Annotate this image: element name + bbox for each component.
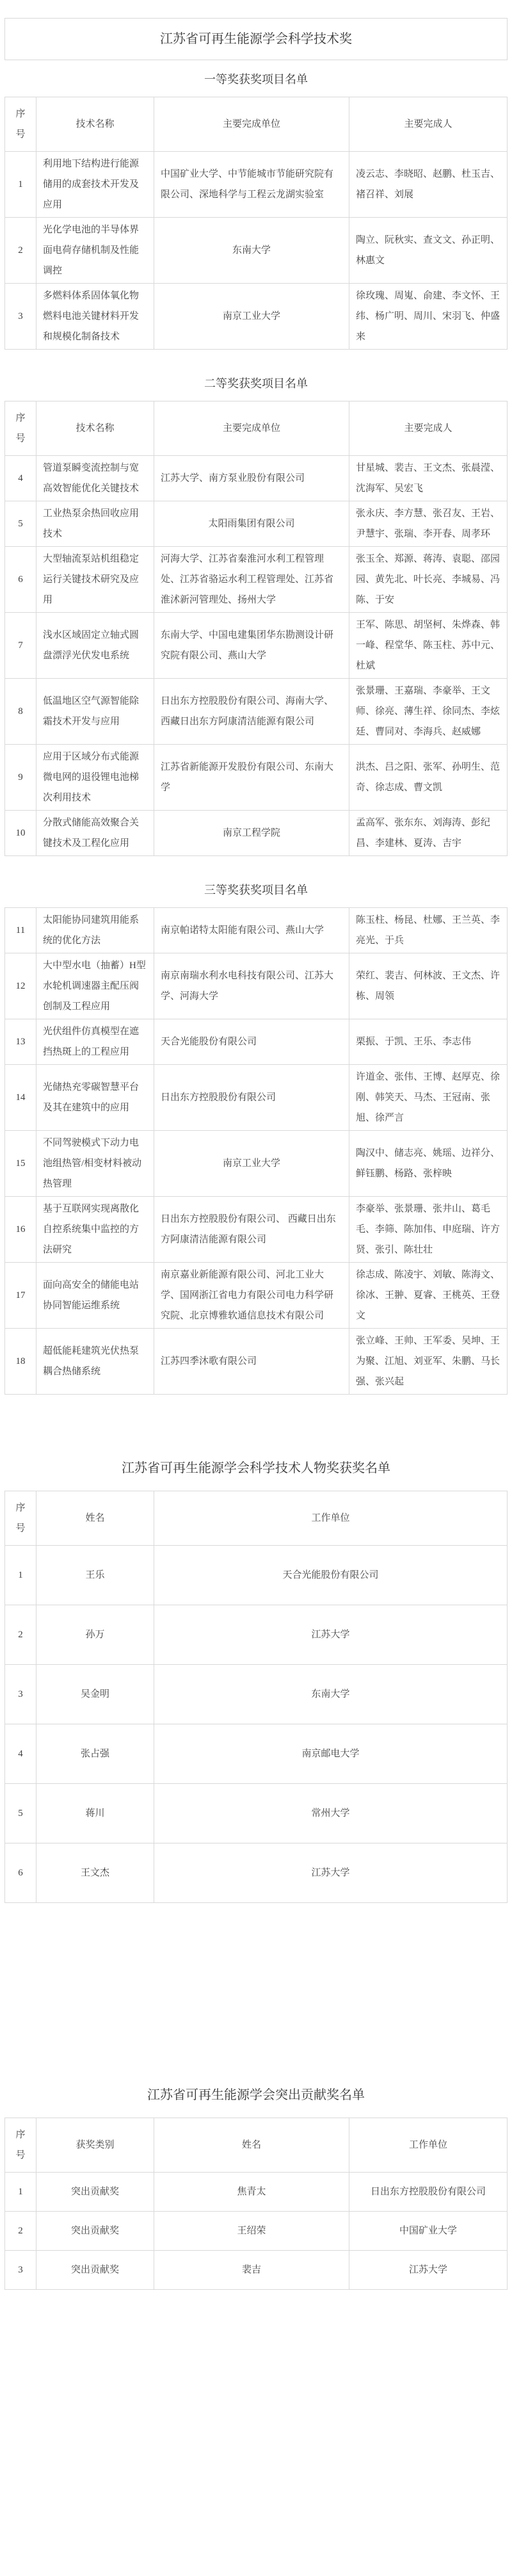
- people-award-table: 序号 姓名 工作单位 1 王乐 天合光能股份有限公司 2 孙万 江苏大学 3 吴…: [4, 1491, 508, 1903]
- cell-person-name: 张占强: [36, 1724, 154, 1784]
- cell-tech-name: 浅水区域固定立轴式圆盘漂浮光伏发电系统: [36, 613, 154, 679]
- cell-main-people: 栗振、于凯、王乐、李志伟: [349, 1019, 508, 1065]
- cell-seq: 9: [5, 745, 36, 811]
- cell-main-unit: 天合光能股份有限公司: [154, 1019, 349, 1065]
- first-prize-table: 序号 技术名称 主要完成单位 主要完成人 1 利用地下结构进行能源储用的成套技术…: [4, 97, 508, 350]
- cell-tech-name: 太阳能协同建筑用能系统的优化方法: [36, 908, 154, 953]
- table-header-row: 序号 姓名 工作单位: [5, 1491, 508, 1546]
- table-row: 17 面向高安全的储能电站协同智能运维系统 南京嘉业新能源有限公司、河北工业大学…: [5, 1263, 508, 1329]
- cell-main-people: 李豪举、张景珊、张井山、葛毛毛、李筛、陈加伟、申庭瑞、许方贤、张引、陈壮壮: [349, 1197, 508, 1263]
- cell-seq: 1: [5, 152, 36, 218]
- cell-main-unit: 江苏四季沐歌有限公司: [154, 1329, 349, 1395]
- cell-tech-name: 多燃料体系固体氧化物燃料电池关键材料开发和规模化制备技术: [36, 284, 154, 350]
- column-header-names: 主要完成人: [349, 97, 508, 152]
- cell-main-unit: 日出东方控股股份有限公司、 西藏日出东方阿康清洁能源有限公司: [154, 1197, 349, 1263]
- cell-person-name: 王乐: [36, 1546, 154, 1605]
- column-header-seq: 序号: [5, 97, 36, 152]
- column-header-tech: 技术名称: [36, 401, 154, 456]
- column-header-unit: 工作单位: [349, 2118, 508, 2173]
- contribution-award-table: 序号 获奖类别 姓名 工作单位 1 突出贡献奖 焦青太 日出东方控股股份有限公司…: [4, 2118, 508, 2290]
- column-header-seq: 序号: [5, 401, 36, 456]
- cell-tech-name: 低温地区空气源智能除霜技术开发与应用: [36, 679, 154, 745]
- cell-seq: 2: [5, 218, 36, 284]
- cell-seq: 7: [5, 613, 36, 679]
- cell-person-name: 孙万: [36, 1605, 154, 1665]
- cell-main-people: 张玉全、郑源、蒋涛、袁聪、邵园园、黄先北、叶长亮、李城易、冯陈、于安: [349, 547, 508, 613]
- cell-main-unit: 南京南瑞水利水电科技有限公司、江苏大学、河海大学: [154, 953, 349, 1019]
- table-row: 7 浅水区域固定立轴式圆盘漂浮光伏发电系统 东南大学、中国电建集团华东勘测设计研…: [5, 613, 508, 679]
- table-row: 6 王文杰 江苏大学: [5, 1843, 508, 1903]
- second-prize-table-body: 4 管道泵瞬变流控制与宽高效智能优化关键技术 江苏大学、南方泵业股份有限公司 甘…: [5, 456, 508, 856]
- cell-main-people: 陶汉中、储志亮、姚瑶、边祥分、鲜钰鹏、杨路、张梓映: [349, 1131, 508, 1197]
- cell-main-people: 张永庆、李方慧、张召友、王岩、尹慧宇、张瑞、李开春、周孝环: [349, 501, 508, 547]
- cell-seq: 15: [5, 1131, 36, 1197]
- column-header-seq: 序号: [5, 1491, 36, 1546]
- column-header-seq: 序号: [5, 2118, 36, 2173]
- cell-seq: 2: [5, 2212, 36, 2251]
- cell-main-people: 许道金、张伟、王博、赵厚克、徐刚、韩笑天、马杰、王冠南、张旭、徐严言: [349, 1065, 508, 1131]
- table-row: 2 光化学电池的半导体界面电荷存储机制及性能调控 东南大学 陶立、阮秋实、查文文…: [5, 218, 508, 284]
- cell-tech-name: 超低能耗建筑光伏热泵耦合热储系统: [36, 1329, 154, 1395]
- cell-main-people: 徐志成、陈凌宇、刘敏、陈海文、徐冰、王翀、夏睿、王桃英、王登文: [349, 1263, 508, 1329]
- table-row: 4 张占强 南京邮电大学: [5, 1724, 508, 1784]
- third-prize-table: 11 太阳能协同建筑用能系统的优化方法 南京帕诺特太阳能有限公司、燕山大学 陈玉…: [4, 907, 508, 1395]
- cell-main-people: 甘星城、裴吉、王文杰、张晨滢、沈海军、吴宏飞: [349, 456, 508, 501]
- cell-main-unit: 太阳雨集团有限公司: [154, 501, 349, 547]
- cell-tech-name: 利用地下结构进行能源储用的成套技术开发及应用: [36, 152, 154, 218]
- table-header-row: 序号 技术名称 主要完成单位 主要完成人: [5, 401, 508, 456]
- cell-main-unit: 东南大学: [154, 218, 349, 284]
- table-row: 8 低温地区空气源智能除霜技术开发与应用 日出东方控股股份有限公司、海南大学、西…: [5, 679, 508, 745]
- cell-seq: 6: [5, 547, 36, 613]
- contribution-award-title: 江苏省可再生能源学会突出贡献奖名单: [4, 2086, 508, 2105]
- section-heading-third-prize: 三等奖获奖项目名单: [4, 880, 508, 900]
- cell-main-unit: 日出东方控股股份有限公司、海南大学、西藏日出东方阿康清洁能源有限公司: [154, 679, 349, 745]
- table-row: 2 突出贡献奖 王绍荣 中国矿业大学: [5, 2212, 508, 2251]
- column-header-unit: 工作单位: [154, 1491, 508, 1546]
- column-header-name: 姓名: [36, 1491, 154, 1546]
- cell-seq: 11: [5, 908, 36, 953]
- cell-seq: 14: [5, 1065, 36, 1131]
- cell-person-name: 吴金明: [36, 1665, 154, 1724]
- cell-seq: 13: [5, 1019, 36, 1065]
- table-row: 5 工业热泵余热回收应用技术 太阳雨集团有限公司 张永庆、李方慧、张召友、王岩、…: [5, 501, 508, 547]
- table-row: 12 大中型水电（抽蓄）H型水轮机调速器主配压阀创制及工程应用 南京南瑞水利水电…: [5, 953, 508, 1019]
- cell-tech-name: 管道泵瞬变流控制与宽高效智能优化关键技术: [36, 456, 154, 501]
- cell-seq: 1: [5, 2173, 36, 2212]
- table-row: 18 超低能耗建筑光伏热泵耦合热储系统 江苏四季沐歌有限公司 张立峰、王帅、王军…: [5, 1329, 508, 1395]
- cell-main-unit: 中国矿业大学、中节能城市节能研究院有限公司、深地科学与工程云龙湖实验室: [154, 152, 349, 218]
- table-row: 1 利用地下结构进行能源储用的成套技术开发及应用 中国矿业大学、中节能城市节能研…: [5, 152, 508, 218]
- cell-main-people: 王军、陈思、胡坚柯、朱烨森、韩一峰、程堂华、陈玉柱、苏中元、杜斌: [349, 613, 508, 679]
- cell-seq: 12: [5, 953, 36, 1019]
- cell-seq: 17: [5, 1263, 36, 1329]
- cell-seq: 16: [5, 1197, 36, 1263]
- second-prize-table: 序号 技术名称 主要完成单位 主要完成人 4 管道泵瞬变流控制与宽高效智能优化关…: [4, 401, 508, 856]
- cell-main-people: 张立峰、王帅、王军委、吴坤、王为聚、江旭、刘亚军、朱鹏、马长强、张兴起: [349, 1329, 508, 1395]
- cell-main-people: 陈玉柱、杨昆、杜娜、王兰英、李亮光、于兵: [349, 908, 508, 953]
- table-row: 2 孙万 江苏大学: [5, 1605, 508, 1665]
- cell-main-people: 洪杰、吕之阳、张军、孙明生、范奇、徐志成、曹文凯: [349, 745, 508, 811]
- people-award-table-body: 1 王乐 天合光能股份有限公司 2 孙万 江苏大学 3 吴金明 东南大学 4 张…: [5, 1546, 508, 1903]
- cell-tech-name: 工业热泵余热回收应用技术: [36, 501, 154, 547]
- cell-seq: 3: [5, 284, 36, 350]
- cell-main-unit: 南京嘉业新能源有限公司、河北工业大学、国网浙江省电力有限公司电力科学研究院、北京…: [154, 1263, 349, 1329]
- cell-main-unit: 江苏省新能源开发股份有限公司、东南大学: [154, 745, 349, 811]
- cell-seq: 6: [5, 1843, 36, 1903]
- table-row: 3 多燃料体系固体氧化物燃料电池关键材料开发和规模化制备技术 南京工业大学 徐玫…: [5, 284, 508, 350]
- cell-seq: 5: [5, 501, 36, 547]
- cell-award-category: 突出贡献奖: [36, 2251, 154, 2290]
- cell-main-unit: 南京工业大学: [154, 1131, 349, 1197]
- cell-seq: 3: [5, 2251, 36, 2290]
- cell-tech-name: 光化学电池的半导体界面电荷存储机制及性能调控: [36, 218, 154, 284]
- table-row: 10 分散式储能高效聚合关键技术及工程化应用 南京工程学院 孟高军、张东东、刘海…: [5, 811, 508, 856]
- cell-person-name: 焦青太: [154, 2173, 349, 2212]
- table-row: 6 大型轴流泵站机组稳定运行关键技术研究及应用 河海大学、江苏省秦淮河水利工程管…: [5, 547, 508, 613]
- column-header-name: 姓名: [154, 2118, 349, 2173]
- cell-person-name: 蒋川: [36, 1784, 154, 1843]
- cell-tech-name: 面向高安全的储能电站协同智能运维系统: [36, 1263, 154, 1329]
- people-award-title: 江苏省可再生能源学会科学技术人物奖获奖名单: [4, 1459, 508, 1478]
- cell-tech-name: 大中型水电（抽蓄）H型水轮机调速器主配压阀创制及工程应用: [36, 953, 154, 1019]
- cell-main-unit: 河海大学、江苏省秦淮河水利工程管理处、江苏省骆运水利工程管理处、江苏省淮沭新河管…: [154, 547, 349, 613]
- cell-work-unit: 东南大学: [154, 1665, 508, 1724]
- table-row: 15 不同驾驶模式下动力电池组热管/相变材料被动热管理 南京工业大学 陶汉中、储…: [5, 1131, 508, 1197]
- cell-main-people: 荣红、裴吉、何林波、王文杰、许栋、周领: [349, 953, 508, 1019]
- table-row: 1 突出贡献奖 焦青太 日出东方控股股份有限公司: [5, 2173, 508, 2212]
- table-row: 3 吴金明 东南大学: [5, 1665, 508, 1724]
- cell-tech-name: 不同驾驶模式下动力电池组热管/相变材料被动热管理: [36, 1131, 154, 1197]
- cell-work-unit: 江苏大学: [349, 2251, 508, 2290]
- cell-main-people: 陶立、阮秋实、查文文、孙正明、林惠文: [349, 218, 508, 284]
- cell-seq: 18: [5, 1329, 36, 1395]
- cell-award-category: 突出贡献奖: [36, 2173, 154, 2212]
- cell-person-name: 裴吉: [154, 2251, 349, 2290]
- contribution-award-table-body: 1 突出贡献奖 焦青太 日出东方控股股份有限公司 2 突出贡献奖 王绍荣 中国矿…: [5, 2173, 508, 2290]
- cell-main-unit: 南京工程学院: [154, 811, 349, 856]
- table-row: 11 太阳能协同建筑用能系统的优化方法 南京帕诺特太阳能有限公司、燕山大学 陈玉…: [5, 908, 508, 953]
- table-row: 9 应用于区域分布式能源微电网的退役锂电池梯次利用技术 江苏省新能源开发股份有限…: [5, 745, 508, 811]
- table-row: 16 基于互联网实现离散化自控系统集中监控的方法研究 日出东方控股股份有限公司、…: [5, 1197, 508, 1263]
- cell-main-unit: 日出东方控股股份有限公司: [154, 1065, 349, 1131]
- table-row: 5 蒋川 常州大学: [5, 1784, 508, 1843]
- cell-work-unit: 江苏大学: [154, 1605, 508, 1665]
- cell-work-unit: 中国矿业大学: [349, 2212, 508, 2251]
- document-page: 江苏省可再生能源学会科学技术奖 一等奖获奖项目名单 序号 技术名称 主要完成单位…: [0, 0, 512, 2292]
- cell-main-people: 孟高军、张东东、刘海涛、彭纪昌、李建林、夏涛、吉宇: [349, 811, 508, 856]
- cell-main-people: 张景珊、王嘉瑞、李豪举、王文师、徐亮、薄生祥、徐同杰、李炫廷、曹同对、李海兵、赵…: [349, 679, 508, 745]
- column-header-names: 主要完成人: [349, 401, 508, 456]
- table-row: 4 管道泵瞬变流控制与宽高效智能优化关键技术 江苏大学、南方泵业股份有限公司 甘…: [5, 456, 508, 501]
- cell-seq: 3: [5, 1665, 36, 1724]
- cell-tech-name: 分散式储能高效聚合关键技术及工程化应用: [36, 811, 154, 856]
- cell-tech-name: 大型轴流泵站机组稳定运行关键技术研究及应用: [36, 547, 154, 613]
- cell-work-unit: 常州大学: [154, 1784, 508, 1843]
- cell-seq: 8: [5, 679, 36, 745]
- cell-seq: 2: [5, 1605, 36, 1665]
- cell-person-name: 王文杰: [36, 1843, 154, 1903]
- section-heading-second-prize: 二等奖获奖项目名单: [4, 374, 508, 393]
- cell-work-unit: 江苏大学: [154, 1843, 508, 1903]
- cell-tech-name: 光伏组件仿真模型在遮挡热斑上的工程应用: [36, 1019, 154, 1065]
- cell-work-unit: 南京邮电大学: [154, 1724, 508, 1784]
- cell-main-people: 凌云志、李晓昭、赵鹏、杜玉吉、褚召祥、刘展: [349, 152, 508, 218]
- table-row: 13 光伏组件仿真模型在遮挡热斑上的工程应用 天合光能股份有限公司 栗振、于凯、…: [5, 1019, 508, 1065]
- page-title: 江苏省可再生能源学会科学技术奖: [5, 29, 507, 49]
- third-prize-table-body: 11 太阳能协同建筑用能系统的优化方法 南京帕诺特太阳能有限公司、燕山大学 陈玉…: [5, 908, 508, 1395]
- cell-tech-name: 光储热充零碳智慧平台及其在建筑中的应用: [36, 1065, 154, 1131]
- first-prize-table-body: 1 利用地下结构进行能源储用的成套技术开发及应用 中国矿业大学、中节能城市节能研…: [5, 152, 508, 350]
- cell-work-unit: 天合光能股份有限公司: [154, 1546, 508, 1605]
- cell-person-name: 王绍荣: [154, 2212, 349, 2251]
- table-header-row: 序号 获奖类别 姓名 工作单位: [5, 2118, 508, 2173]
- cell-seq: 4: [5, 1724, 36, 1784]
- cell-tech-name: 基于互联网实现离散化自控系统集中监控的方法研究: [36, 1197, 154, 1263]
- cell-work-unit: 日出东方控股股份有限公司: [349, 2173, 508, 2212]
- section-heading-first-prize: 一等奖获奖项目名单: [4, 70, 508, 89]
- cell-main-unit: 江苏大学、南方泵业股份有限公司: [154, 456, 349, 501]
- table-header-row: 序号 技术名称 主要完成单位 主要完成人: [5, 97, 508, 152]
- column-header-unit: 主要完成单位: [154, 401, 349, 456]
- cell-main-unit: 东南大学、中国电建集团华东勘测设计研究院有限公司、燕山大学: [154, 613, 349, 679]
- table-row: 14 光储热充零碳智慧平台及其在建筑中的应用 日出东方控股股份有限公司 许道金、…: [5, 1065, 508, 1131]
- cell-main-unit: 南京帕诺特太阳能有限公司、燕山大学: [154, 908, 349, 953]
- cell-main-unit: 南京工业大学: [154, 284, 349, 350]
- cell-seq: 1: [5, 1546, 36, 1605]
- cell-tech-name: 应用于区域分布式能源微电网的退役锂电池梯次利用技术: [36, 745, 154, 811]
- table-row: 3 突出贡献奖 裴吉 江苏大学: [5, 2251, 508, 2290]
- table-row: 1 王乐 天合光能股份有限公司: [5, 1546, 508, 1605]
- cell-seq: 10: [5, 811, 36, 856]
- cell-seq: 5: [5, 1784, 36, 1843]
- main-title-box: 江苏省可再生能源学会科学技术奖: [4, 18, 508, 60]
- cell-seq: 4: [5, 456, 36, 501]
- cell-award-category: 突出贡献奖: [36, 2212, 154, 2251]
- column-header-tech: 技术名称: [36, 97, 154, 152]
- cell-main-people: 徐玫瑰、周嵬、俞建、李文怀、王纬、杨广明、周川、宋羽飞、仲盛来: [349, 284, 508, 350]
- column-header-category: 获奖类别: [36, 2118, 154, 2173]
- column-header-unit: 主要完成单位: [154, 97, 349, 152]
